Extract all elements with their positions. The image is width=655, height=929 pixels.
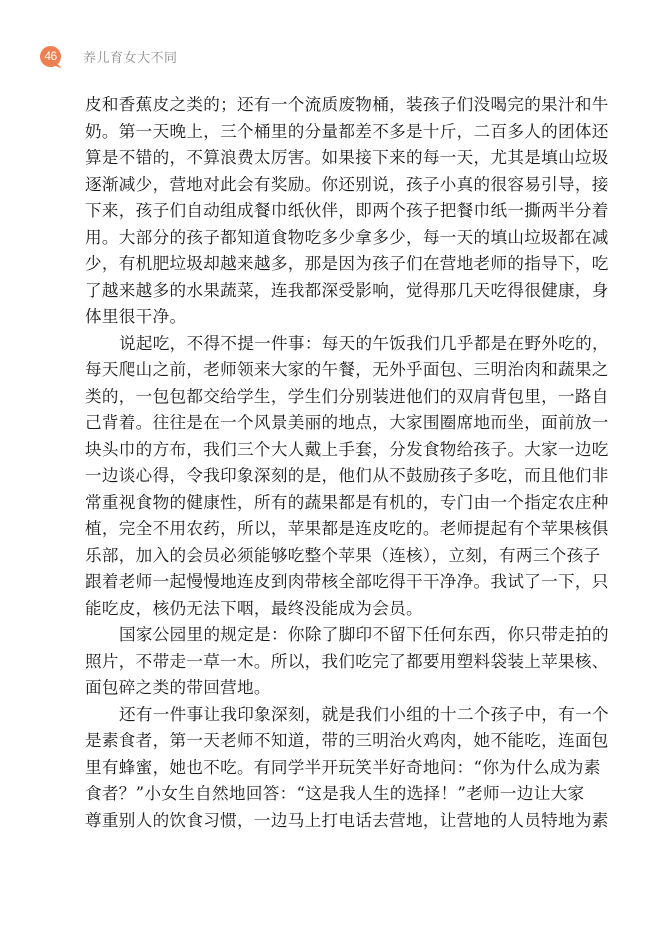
- text-line: 己背着。往往是在一个风景美丽的地点，大家围圈席地而坐，面前放一: [85, 410, 581, 437]
- text-line: 面包碎之类的带回营地。: [85, 675, 581, 702]
- text-line: 照片，不带走一草一木。所以，我们吃完了都要用塑料袋装上苹果核、: [85, 649, 581, 676]
- text-line: 食者？”小女生自然地回答：“这是我人生的选择！”老师一边让大家: [85, 781, 581, 808]
- text-line: 下来，孩子们自动组成餐巾纸伙伴，即两个孩子把餐巾纸一撕两半分着: [85, 198, 581, 225]
- text-line: 尊重别人的饮食习惯，一边马上打电话去营地，让营地的人员特地为素: [85, 808, 581, 835]
- text-line: 常重视食物的健康性，所有的蔬果都是有机的，专门由一个指定农庄种: [85, 490, 581, 517]
- page-number: 46: [44, 49, 56, 63]
- text-line: 能吃皮，核仍无法下咽，最终没能成为会员。: [85, 596, 581, 623]
- page-number-badge: 46: [40, 46, 61, 67]
- text-line: 国家公园里的规定是：你除了脚印不留下任何东西，你只带走拍的: [85, 622, 581, 649]
- text-line: 说起吃，不得不提一件事：每天的午饭我们几乎都是在野外吃的，: [85, 331, 581, 358]
- text-line: 类的，一包包都交给学生，学生们分别装进他们的双肩背包里，一路自: [85, 384, 581, 411]
- text-line: 乐部，加入的会员必须能够吃整个苹果（连核），立刻，有两三个孩子: [85, 543, 581, 570]
- text-line: 皮和香蕉皮之类的；还有一个流质废物桶，装孩子们没喝完的果汁和牛: [85, 92, 581, 119]
- text-line: 体里很干净。: [85, 304, 581, 331]
- text-line: 一边谈心得，令我印象深刻的是，他们从不鼓励孩子多吃，而且他们非: [85, 463, 581, 490]
- text-line: 奶。第一天晚上，三个桶里的分量都差不多是十斤，二百多人的团体还: [85, 119, 581, 146]
- text-line: 里有蜂蜜，她也不吃。有同学半开玩笑半好奇地问：“你为什么成为素: [85, 755, 581, 782]
- text-line: 算是不错的，不算浪费太厉害。如果接下来的每一天，尤其是填山垃圾: [85, 145, 581, 172]
- text-line: 植，完全不用农药，所以，苹果都是连皮吃的。老师提起有个苹果核俱: [85, 516, 581, 543]
- text-line: 用。大部分的孩子都知道食物吃多少拿多少，每一天的填山垃圾都在减: [85, 225, 581, 252]
- text-line: 了越来越多的水果蔬菜，连我都深受影响，觉得那几天吃得很健康，身: [85, 278, 581, 305]
- text-line: 块头巾的方布，我们三个大人戴上手套，分发食物给孩子。大家一边吃: [85, 437, 581, 464]
- body-text: 皮和香蕉皮之类的；还有一个流质废物桶，装孩子们没喝完的果汁和牛奶。第一天晚上，三…: [85, 92, 581, 834]
- page-header: 46 养儿育女大不同: [40, 45, 178, 67]
- text-line: 少，有机肥垃圾却越来越多，那是因为孩子们在营地老师的指导下，吃: [85, 251, 581, 278]
- text-line: 是素食者，第一天老师不知道，带的三明治火鸡肉，她不能吃，连面包: [85, 728, 581, 755]
- text-line: 每天爬山之前，老师领来大家的午餐，无外乎面包、三明治肉和蔬果之: [85, 357, 581, 384]
- text-line: 还有一件事让我印象深刻，就是我们小组的十二个孩子中，有一个: [85, 702, 581, 729]
- text-line: 逐渐减少，营地对此会有奖励。你还别说，孩子小真的很容易引导，接: [85, 172, 581, 199]
- running-title: 养儿育女大不同: [83, 47, 178, 66]
- text-line: 跟着老师一起慢慢地连皮到肉带核全部吃得干干净净。我试了一下，只: [85, 569, 581, 596]
